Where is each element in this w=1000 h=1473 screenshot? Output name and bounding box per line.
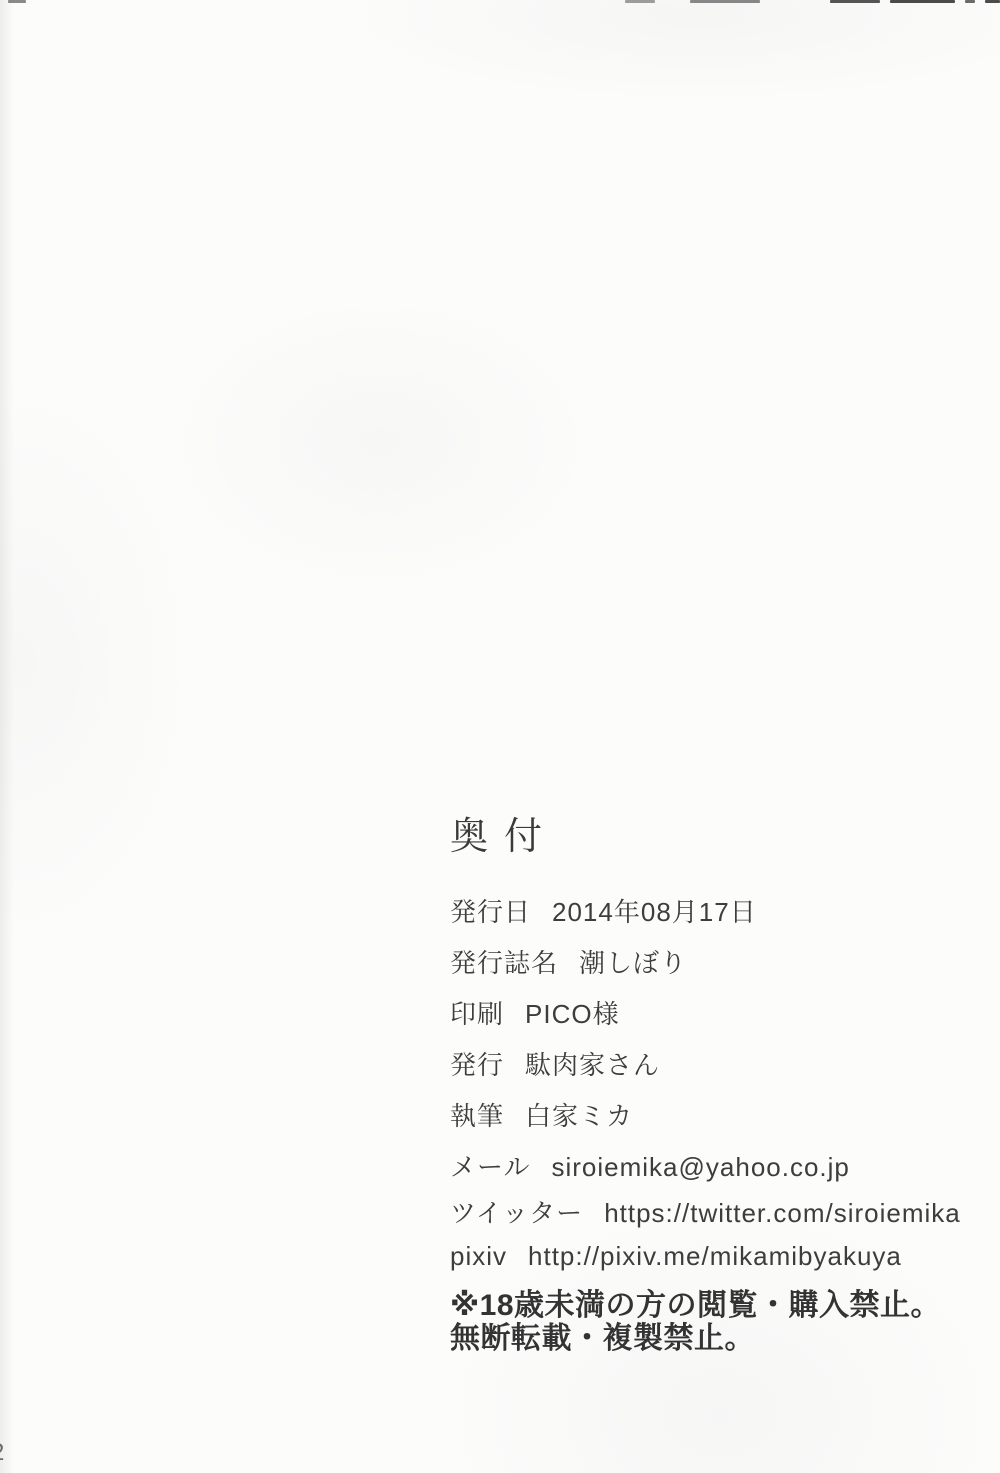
- row-value: PICO様: [525, 1000, 620, 1028]
- colophon-row-printer: 印刷 PICO様: [450, 1000, 950, 1028]
- scan-artifact-top-edge: [830, 0, 880, 3]
- colophon-row-publication-date: 発行日 2014年08月17日: [450, 898, 950, 926]
- row-label: メール: [450, 1153, 530, 1181]
- scan-artifact-top-edge: [625, 0, 655, 3]
- row-value: 駄肉家さん: [525, 1051, 660, 1079]
- row-label: pixiv: [450, 1242, 507, 1270]
- age-restriction-notice: ※18歳未満の方の閲覧・購入禁止。: [450, 1289, 950, 1322]
- scan-edge-shade: [0, 0, 14, 1473]
- colophon-row-twitter: ツイッター https://twitter.com/siroiemika: [450, 1199, 950, 1227]
- row-label: 発行誌名: [450, 949, 558, 977]
- row-value: 潮しぼり: [579, 949, 687, 977]
- colophon-block: 奥付 発行日 2014年08月17日 発行誌名 潮しぼり 印刷 PICO様 発行…: [450, 815, 950, 1355]
- colophon-row-publisher: 発行 駄肉家さん: [450, 1051, 950, 1079]
- scan-artifact-top-edge: [985, 0, 1000, 3]
- row-value: 2014年08月17日: [552, 898, 757, 926]
- page-title: 奥付: [450, 815, 950, 859]
- scan-artifact-top-edge: [8, 0, 26, 3]
- colophon-row-author: 執筆 白家ミカ: [450, 1102, 950, 1130]
- scan-artifact-top-edge: [965, 0, 975, 3]
- twitter-url: https://twitter.com/siroiemika: [604, 1199, 961, 1227]
- colophon-row-email: メール siroiemika@yahoo.co.jp: [450, 1153, 950, 1181]
- row-value: 白家ミカ: [525, 1102, 633, 1130]
- row-label: 執筆: [450, 1102, 504, 1130]
- row-label: 発行: [450, 1051, 504, 1079]
- row-label: 印刷: [450, 1000, 504, 1028]
- email-address: siroiemika@yahoo.co.jp: [551, 1153, 849, 1181]
- scanned-colophon-page: 奥付 発行日 2014年08月17日 発行誌名 潮しぼり 印刷 PICO様 発行…: [0, 0, 1000, 1473]
- colophon-row-pixiv: pixiv http://pixiv.me/mikamibyakuya: [450, 1242, 950, 1270]
- no-reproduction-notice: 無断転載・複製禁止。: [450, 1322, 950, 1355]
- scan-artifact-top-edge: [690, 0, 760, 3]
- row-label: 発行日: [450, 898, 531, 926]
- pixiv-url: http://pixiv.me/mikamibyakuya: [528, 1242, 902, 1270]
- row-label: ツイッター: [450, 1199, 583, 1227]
- colophon-row-publication-title: 発行誌名 潮しぼり: [450, 949, 950, 977]
- scan-artifact-top-edge: [890, 0, 955, 3]
- page-number-partial: 2: [0, 1441, 4, 1465]
